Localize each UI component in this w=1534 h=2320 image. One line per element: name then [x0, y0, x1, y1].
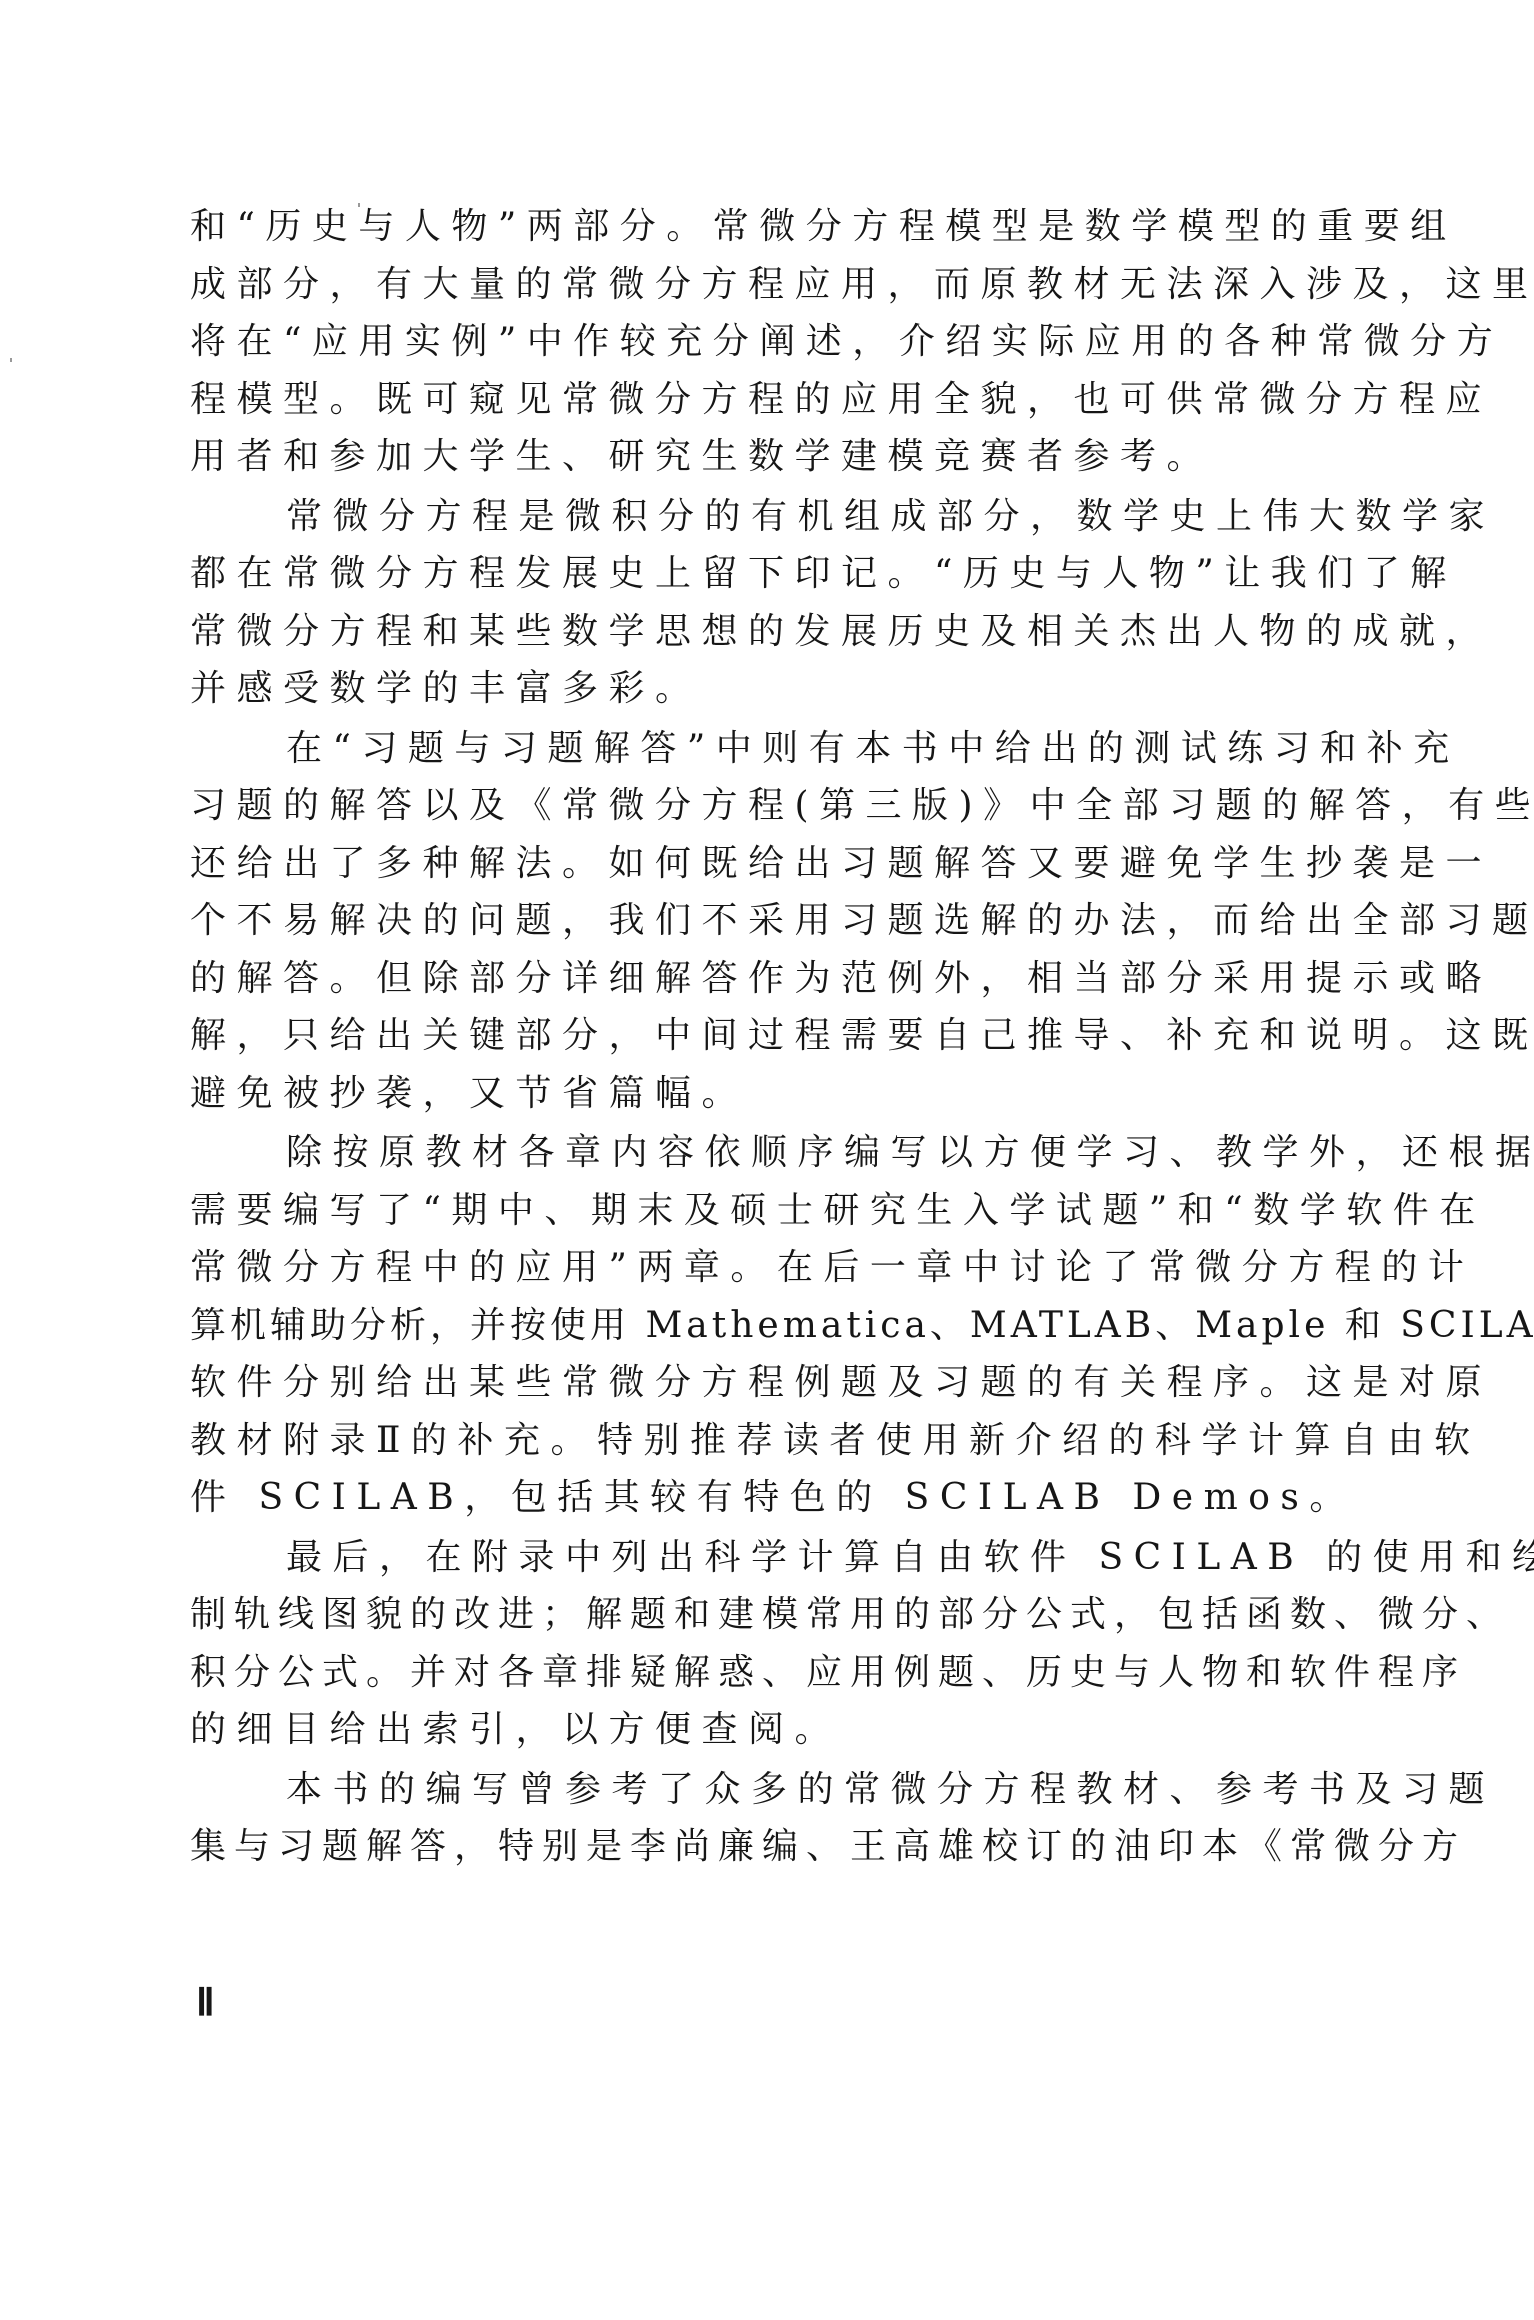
text-line: 常微分方程是微积分的有机组成部分，数学史上伟大数学家	[190, 488, 1350, 546]
page-body: 和“历史与人物”两部分。常微分方程模型是数学模型的重要组 成部分，有大量的常微分…	[190, 198, 1350, 1878]
text-line: 教材附录Ⅱ的补充。特别推荐读者使用新介绍的科学计算自由软	[190, 1412, 1350, 1470]
text-line: 个不易解决的问题，我们不采用习题选解的办法，而给出全部习题	[190, 892, 1350, 950]
text-line: 软件分别给出某些常微分方程例题及习题的有关程序。这是对原	[190, 1354, 1350, 1412]
text-line: 都在常微分方程发展史上留下印记。“历史与人物”让我们了解	[190, 545, 1350, 603]
text-line: 解，只给出关键部分，中间过程需要自己推导、补充和说明。这既	[190, 1007, 1350, 1065]
text-line: 避免被抄袭，又节省篇幅。	[190, 1065, 1350, 1123]
scan-speck	[358, 203, 360, 207]
text-line: 件 SCILAB，包括其较有特色的 SCILAB Demos。	[190, 1469, 1350, 1527]
text-line: 算机辅助分析，并按使用 Mathematica、MATLAB、Maple 和 S…	[190, 1297, 1350, 1355]
text-line: 成部分，有大量的常微分方程应用，而原教材无法深入涉及，这里	[190, 256, 1350, 314]
text-line: 制轨线图貌的改进；解题和建模常用的部分公式，包括函数、微分、	[190, 1586, 1350, 1644]
paragraph-1: 和“历史与人物”两部分。常微分方程模型是数学模型的重要组 成部分，有大量的常微分…	[190, 198, 1350, 486]
text-line: 常微分方程中的应用”两章。在后一章中讨论了常微分方程的计	[190, 1239, 1350, 1297]
text-line: 习题的解答以及《常微分方程(第三版)》中全部习题的解答，有些	[190, 777, 1350, 835]
text-line: 积分公式。并对各章排疑解惑、应用例题、历史与人物和软件程序	[190, 1644, 1350, 1702]
page-number: Ⅱ	[196, 1980, 215, 2025]
text-line: 在“习题与习题解答”中则有本书中给出的测试练习和补充	[190, 720, 1350, 778]
scan-speck	[10, 358, 12, 362]
text-line: 将在“应用实例”中作较充分阐述，介绍实际应用的各种常微分方	[190, 313, 1350, 371]
text-line: 用者和参加大学生、研究生数学建模竞赛者参考。	[190, 428, 1350, 486]
paragraph-6: 本书的编写曾参考了众多的常微分方程教材、参考书及习题 集与习题解答，特别是李尚廉…	[190, 1761, 1350, 1876]
text-line: 除按原教材各章内容依顺序编写以方便学习、教学外，还根据	[190, 1124, 1350, 1182]
paragraph-3: 在“习题与习题解答”中则有本书中给出的测试练习和补充 习题的解答以及《常微分方程…	[190, 720, 1350, 1123]
text-line: 最后，在附录中列出科学计算自由软件 SCILAB 的使用和绘	[190, 1529, 1350, 1587]
paragraph-4: 除按原教材各章内容依顺序编写以方便学习、教学外，还根据 需要编写了“期中、期末及…	[190, 1124, 1350, 1527]
paragraph-5: 最后，在附录中列出科学计算自由软件 SCILAB 的使用和绘 制轨线图貌的改进；…	[190, 1529, 1350, 1759]
text-line: 和“历史与人物”两部分。常微分方程模型是数学模型的重要组	[190, 198, 1350, 256]
text-line: 并感受数学的丰富多彩。	[190, 660, 1350, 718]
paragraph-2: 常微分方程是微积分的有机组成部分，数学史上伟大数学家 都在常微分方程发展史上留下…	[190, 488, 1350, 718]
text-line: 还给出了多种解法。如何既给出习题解答又要避免学生抄袭是一	[190, 835, 1350, 893]
text-line: 的解答。但除部分详细解答作为范例外，相当部分采用提示或略	[190, 950, 1350, 1008]
text-line: 常微分方程和某些数学思想的发展历史及相关杰出人物的成就，	[190, 603, 1350, 661]
text-line: 需要编写了“期中、期末及硕士研究生入学试题”和“数学软件在	[190, 1182, 1350, 1240]
text-line: 的细目给出索引，以方便查阅。	[190, 1701, 1350, 1759]
text-line: 程模型。既可窥见常微分方程的应用全貌，也可供常微分方程应	[190, 371, 1350, 429]
text-line: 集与习题解答，特别是李尚廉编、王高雄校订的油印本《常微分方	[190, 1818, 1350, 1876]
text-line: 本书的编写曾参考了众多的常微分方程教材、参考书及习题	[190, 1761, 1350, 1819]
